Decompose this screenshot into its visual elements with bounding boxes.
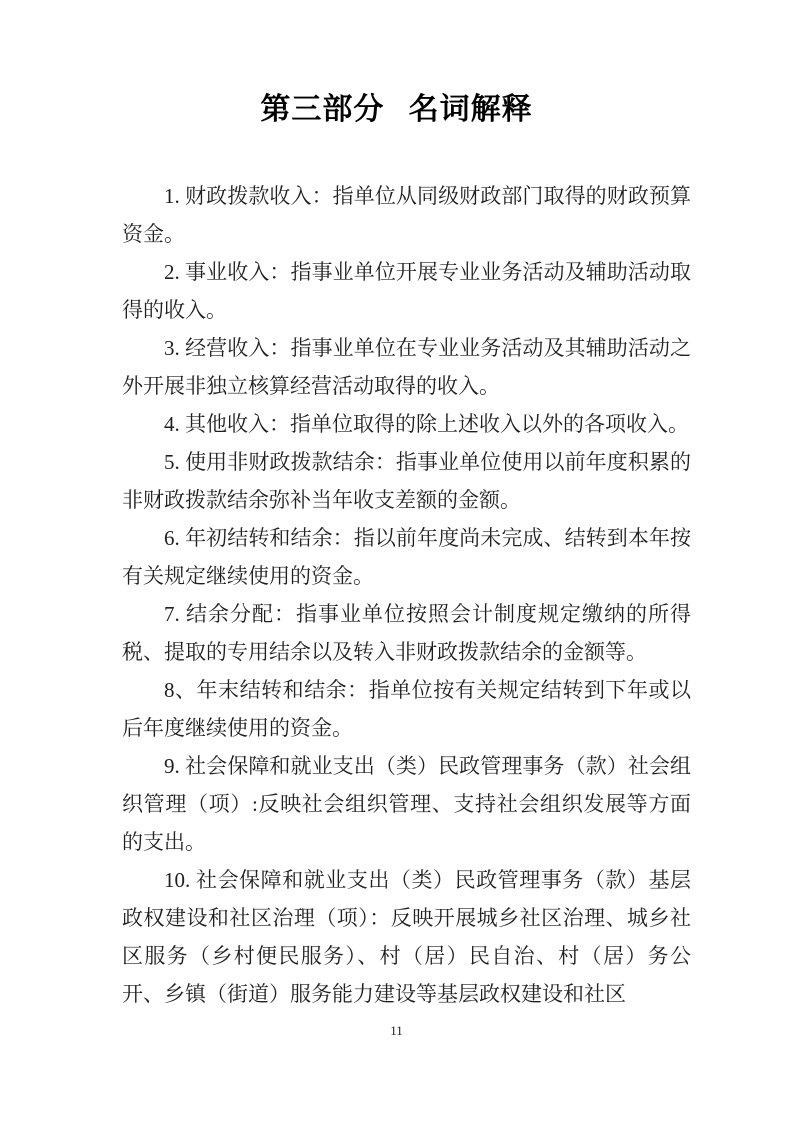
definition-item-9: 9. 社会保障和就业支出（类）民政管理事务（款）社会组织管理（项）:反映社会组织… xyxy=(122,747,691,861)
definition-item-5: 5. 使用非财政拨款结余：指事业单位使用以前年度积累的非财政拨款结余弥补当年收支… xyxy=(122,443,691,519)
page-title: 第三部分 名词解释 xyxy=(0,90,793,130)
document-page: 第三部分 名词解释 1. 财政拨款收入：指单位从同级财政部门取得的财政预算资金。… xyxy=(0,0,793,1122)
definition-item-2: 2. 事业收入：指事业单位开展专业业务活动及辅助活动取得的收入。 xyxy=(122,253,691,329)
page-number: 11 xyxy=(0,1022,793,1040)
definition-item-4: 4. 其他收入：指单位取得的除上述收入以外的各项收入。 xyxy=(122,405,691,443)
definition-item-1: 1. 财政拨款收入：指单位从同级财政部门取得的财政预算资金。 xyxy=(122,177,691,253)
definition-item-3: 3. 经营收入：指事业单位在专业业务活动及其辅助活动之外开展非独立核算经营活动取… xyxy=(122,329,691,405)
definition-item-8: 8、年末结转和结余：指单位按有关规定结转到下年或以后年度继续使用的资金。 xyxy=(122,671,691,747)
definition-item-10: 10. 社会保障和就业支出（类）民政管理事务（款）基层政权建设和社区治理（项）：… xyxy=(122,861,691,1013)
definition-item-6: 6. 年初结转和结余：指以前年度尚未完成、结转到本年按有关规定继续使用的资金。 xyxy=(122,519,691,595)
glossary-content: 1. 财政拨款收入：指单位从同级财政部门取得的财政预算资金。 2. 事业收入：指… xyxy=(122,177,691,1013)
definition-item-7: 7. 结余分配：指事业单位按照会计制度规定缴纳的所得税、提取的专用结余以及转入非… xyxy=(122,595,691,671)
